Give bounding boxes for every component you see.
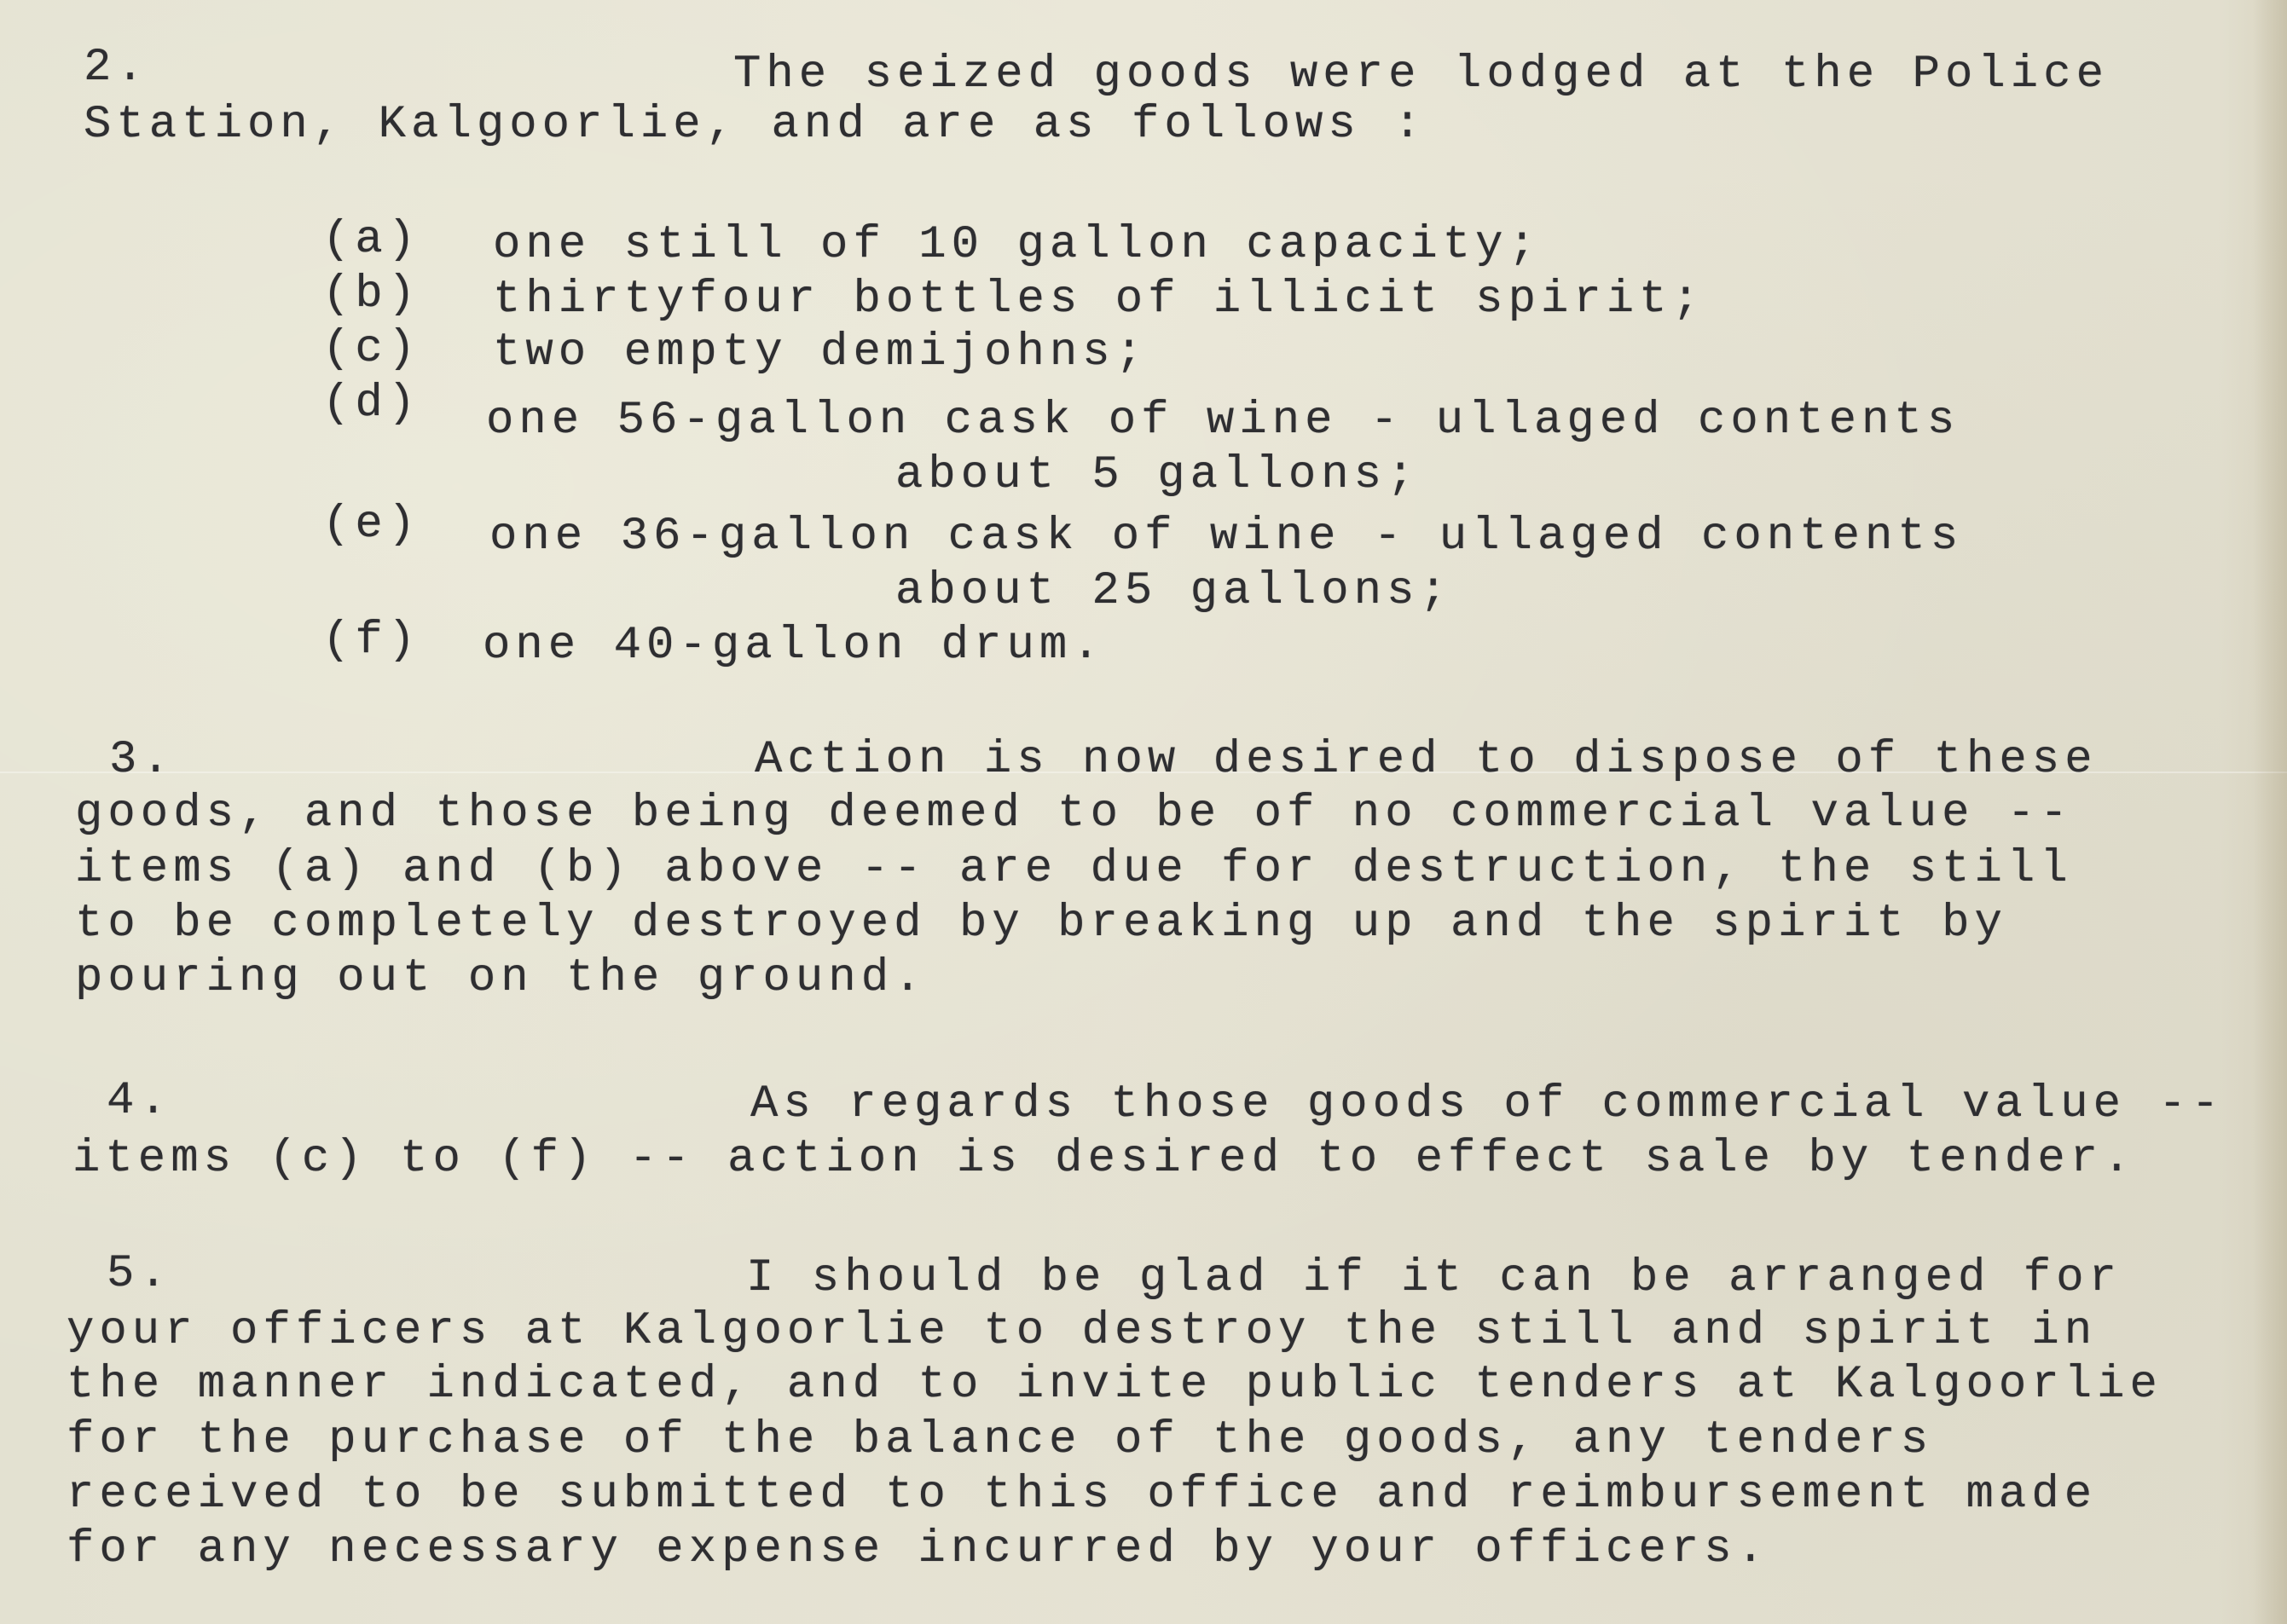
paragraph-text-line: The seized goods were lodged at the Poli…	[733, 49, 2109, 101]
item-label: (d)	[322, 379, 420, 430]
paragraph-text-line: received to be submitted to this office …	[67, 1470, 2097, 1521]
paragraph-number: 3.	[109, 735, 175, 786]
paragraph-number: 4.	[107, 1076, 172, 1127]
item-text: one 56-gallon cask of wine - ullaged con…	[486, 396, 1960, 447]
item-text-continuation: about 25 gallons;	[895, 566, 1452, 617]
item-label: (c)	[322, 324, 420, 375]
item-text: thirtyfour bottles of illicit spirit;	[493, 275, 1705, 326]
item-label: (e)	[322, 500, 420, 551]
paragraph-text-line: pouring out on the ground.	[75, 953, 927, 1004]
item-text: two empty demijohns;	[493, 327, 1148, 379]
paragraph-text-line: to be completely destroyed by breaking u…	[75, 899, 2007, 950]
item-text-continuation: about 5 gallons;	[895, 450, 1419, 501]
item-text: one 40-gallon drum.	[483, 621, 1105, 672]
paragraph-text-line: Action is now desired to dispose of thes…	[755, 735, 2098, 786]
paragraph-text-line: for any necessary expense incurred by yo…	[67, 1524, 1769, 1575]
item-label: (b)	[322, 269, 420, 321]
paragraph-text-line: items (c) to (f) -- action is desired to…	[72, 1134, 2136, 1185]
paragraph-number: 2.	[84, 43, 149, 94]
item-label: (f)	[322, 616, 420, 667]
paragraph-text-line: goods, and those being deemed to be of n…	[75, 789, 2073, 840]
paper-edge	[2253, 0, 2287, 1624]
paragraph-text-line: Station, Kalgoorlie, and are as follows …	[84, 100, 1427, 151]
paragraph-text-line: your officers at Kalgoorlie to destroy t…	[67, 1306, 2097, 1357]
paragraph-number: 5.	[107, 1249, 172, 1300]
item-label: (a)	[322, 215, 420, 266]
paragraph-text-line: the manner indicated, and to invite publ…	[67, 1360, 2163, 1411]
paragraph-text-line: As regards those goods of commercial val…	[750, 1079, 2224, 1130]
item-text: one still of 10 gallon capacity;	[493, 220, 1541, 271]
item-text: one 36-gallon cask of wine - ullaged con…	[489, 511, 1963, 563]
typewritten-page: 2. The seized goods were lodged at the P…	[0, 0, 2287, 1624]
paragraph-text-line: items (a) and (b) above -- are due for d…	[75, 844, 2073, 895]
paragraph-text-line: I should be glad if it can be arranged f…	[746, 1253, 2122, 1304]
paragraph-text-line: for the purchase of the balance of the g…	[67, 1415, 1933, 1466]
